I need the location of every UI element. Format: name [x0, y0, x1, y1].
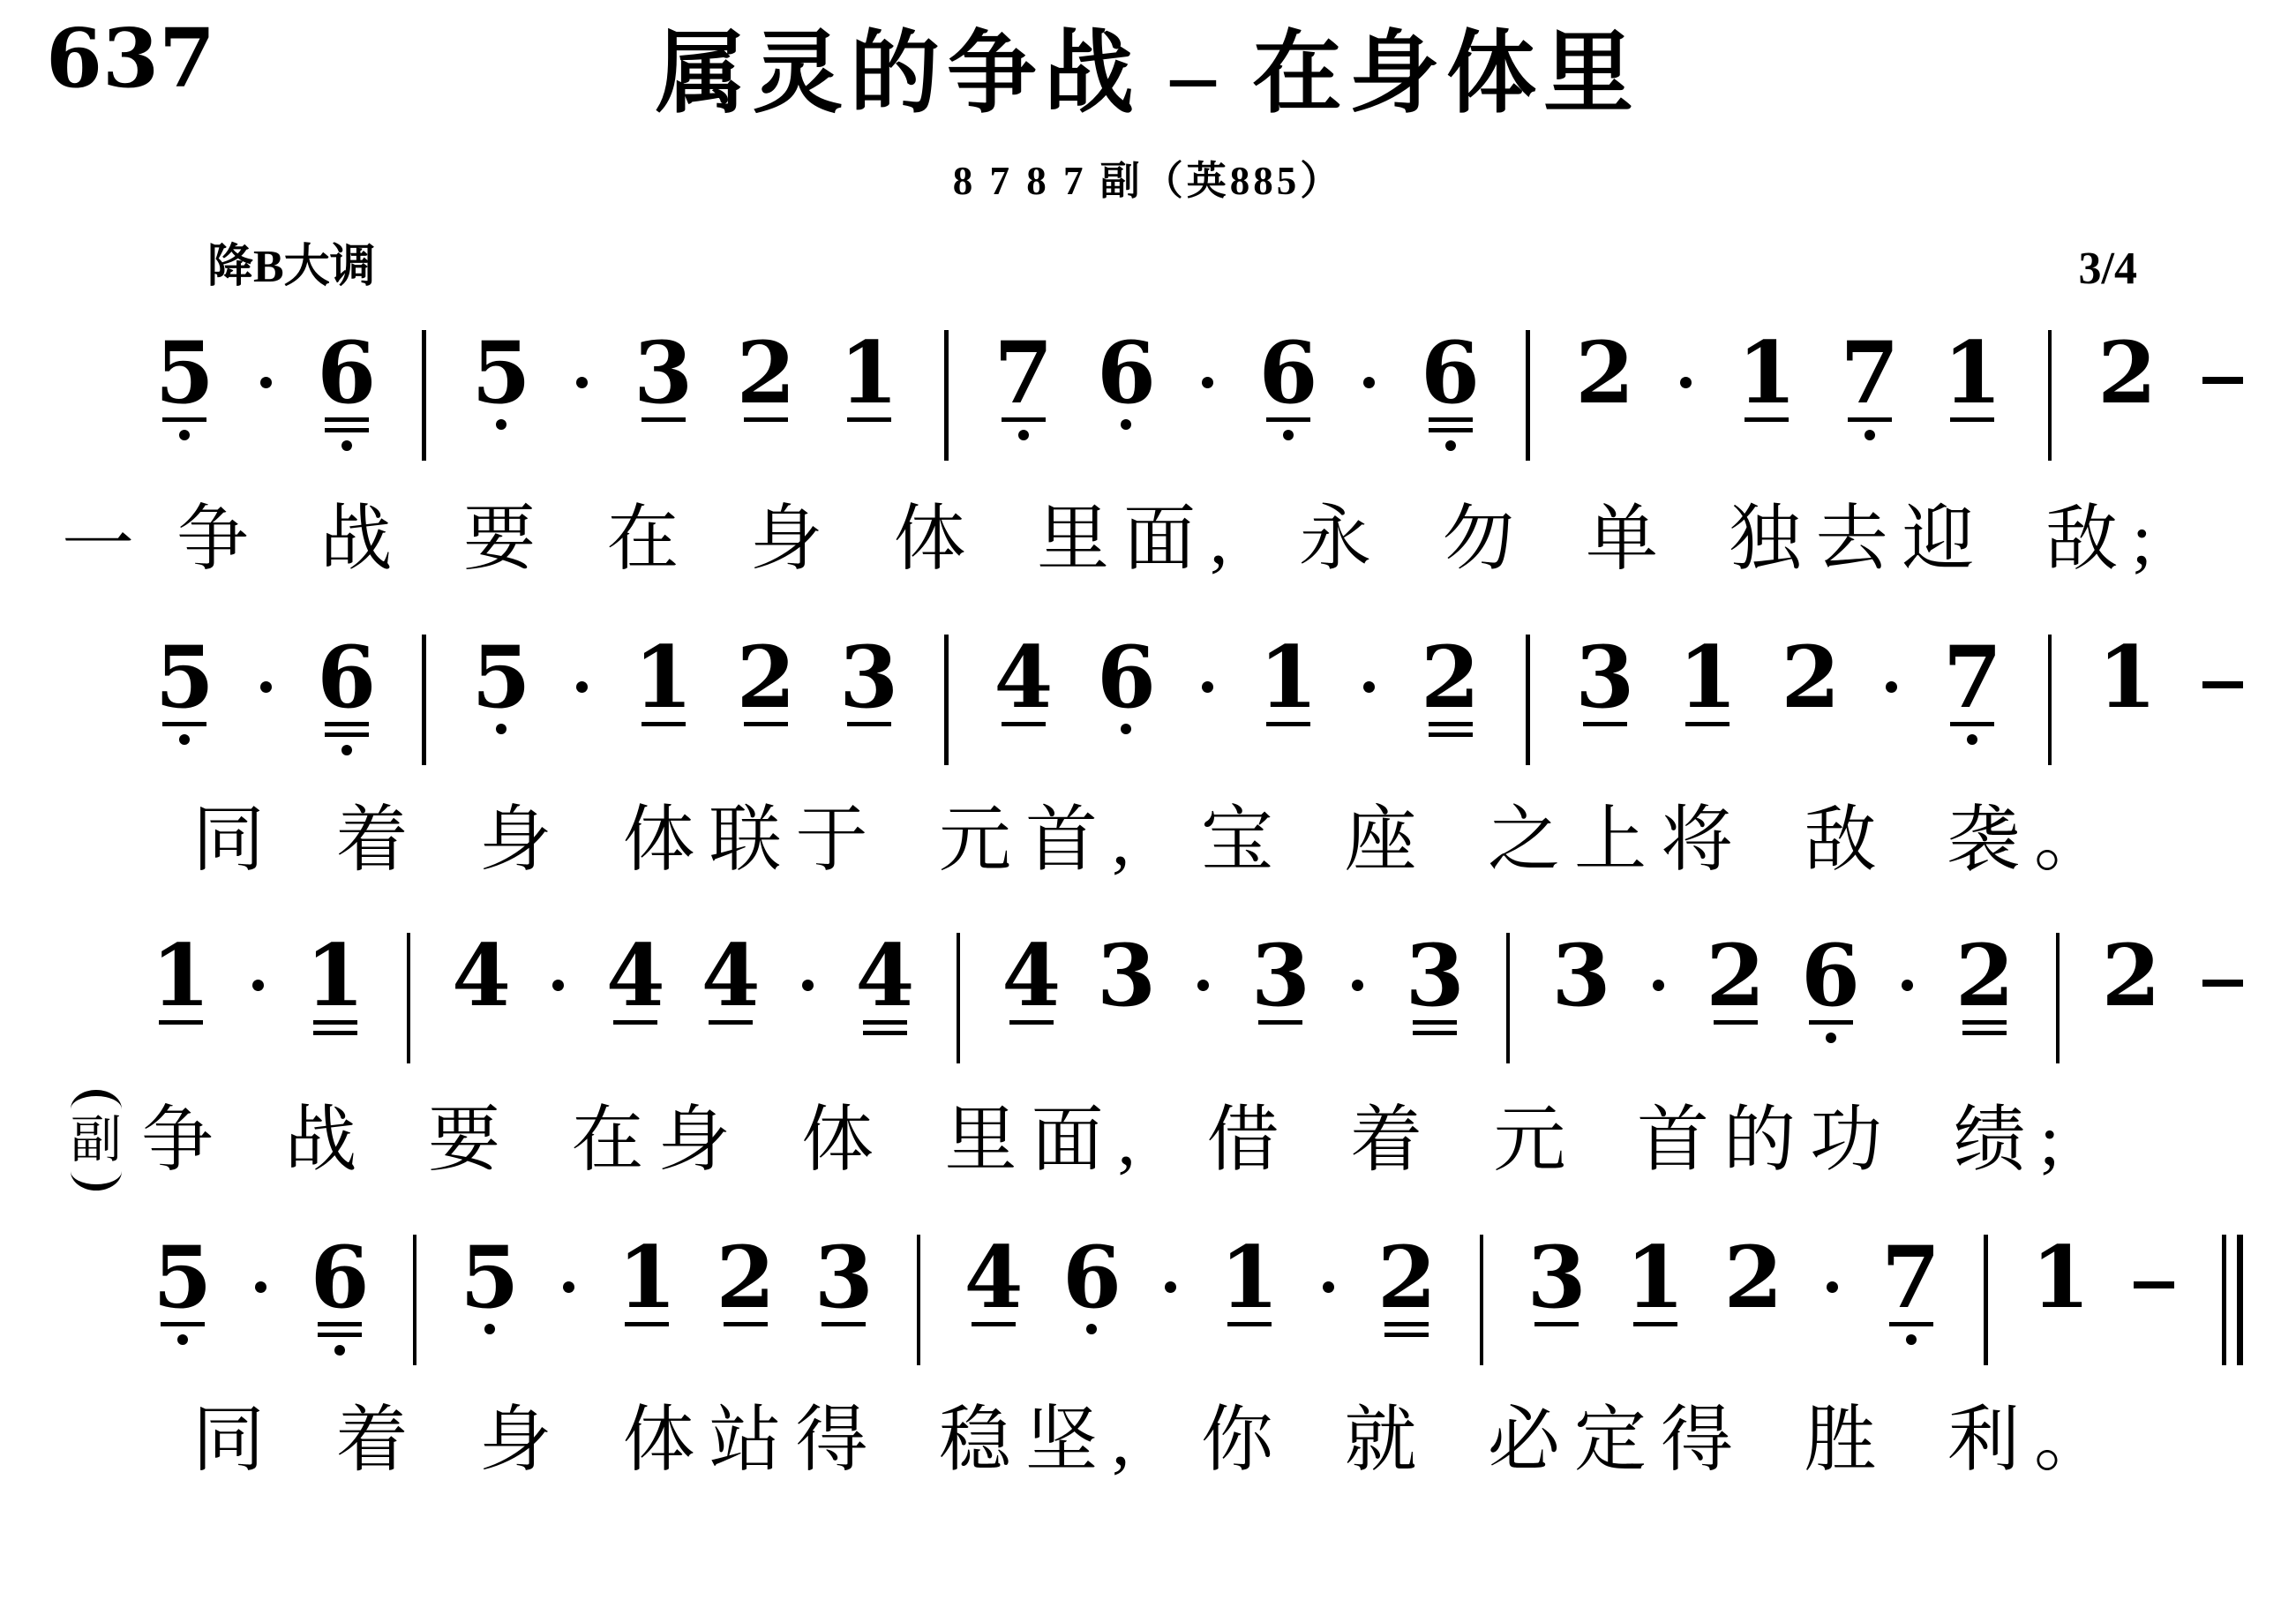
- note-digit: 4: [994, 640, 1054, 716]
- note: 3: [841, 640, 897, 726]
- underline: [1962, 1020, 2007, 1025]
- duration-underlines: [159, 1014, 203, 1025]
- barline: [422, 635, 426, 765]
- augmentation-dot: [260, 335, 272, 411]
- octave-dots: [1121, 716, 1131, 734]
- final-bar-thin: [2222, 1235, 2226, 1365]
- key-signature: 降B大调: [207, 229, 376, 295]
- underline: [972, 1322, 1016, 1326]
- note-digit: 1: [305, 938, 364, 1014]
- duration-underlines: [863, 1014, 907, 1035]
- note-digit: 3: [1097, 938, 1156, 1014]
- note: 1: [1680, 640, 1736, 726]
- dash: [2202, 980, 2243, 987]
- note-digit: 1: [634, 640, 693, 716]
- note-digit: 5: [155, 335, 214, 411]
- underline: [1258, 1020, 1302, 1025]
- augmentation-dot: [1363, 335, 1375, 411]
- underline: [1266, 722, 1310, 726]
- augmentation-dot: [1886, 640, 1897, 716]
- note-digit: 5: [472, 640, 531, 716]
- note-digit: 4: [1002, 938, 1061, 1014]
- duration-underlines: [162, 716, 206, 726]
- augmentation-dot: [552, 938, 564, 1014]
- low-octave-dot: [341, 440, 352, 451]
- octave-dots: [177, 1326, 188, 1345]
- octave-dots: [1018, 422, 1029, 440]
- note: 4: [1008, 938, 1055, 1025]
- duration-underlines: [822, 1316, 866, 1326]
- underline: [313, 1020, 357, 1025]
- underline: [1009, 1020, 1054, 1025]
- dot: [563, 1281, 574, 1293]
- dot: [1886, 681, 1897, 693]
- dot: [1165, 1281, 1176, 1293]
- underline: [1714, 1020, 1758, 1025]
- augmentation-dot: [576, 640, 588, 716]
- augmentation-dot: [1197, 938, 1209, 1014]
- paren-bottom: [71, 1171, 122, 1191]
- octave-dots: [1445, 432, 1456, 451]
- dot: [576, 681, 588, 693]
- low-octave-dot: [1865, 430, 1875, 440]
- note: 1: [841, 335, 897, 422]
- dot: [1902, 980, 1913, 991]
- augmentation-dot: [1363, 640, 1375, 716]
- note-digit: 6: [1097, 335, 1156, 411]
- note: 7: [1945, 640, 2000, 745]
- note: 3: [1257, 938, 1304, 1025]
- final-bar-thick: [2237, 1235, 2243, 1365]
- augmentation-dot: [260, 640, 272, 716]
- note: 1: [622, 1240, 672, 1326]
- note-digit: 1: [1943, 335, 2002, 411]
- note: 7: [996, 335, 1052, 440]
- duration-underlines: [1429, 716, 1473, 737]
- duration-underlines: [847, 411, 891, 422]
- underline: [744, 722, 788, 726]
- note: 1: [2099, 640, 2155, 716]
- dot: [1323, 1281, 1334, 1293]
- note-digit: 6: [317, 335, 376, 411]
- octave-dots: [179, 726, 190, 745]
- octave-dots: [1967, 726, 1977, 745]
- duration-underlines: [1950, 716, 1994, 726]
- underline: [1583, 722, 1627, 726]
- augmentation-dot: [255, 1240, 266, 1316]
- note-digit: 1: [2031, 1240, 2090, 1316]
- underline: [847, 722, 891, 726]
- underline: [724, 1322, 768, 1326]
- duration-underlines: [1266, 716, 1310, 726]
- note: 5: [464, 1240, 514, 1334]
- dot: [1680, 377, 1692, 388]
- augmentation-dot: [1352, 938, 1363, 1014]
- augmentation-dot: [563, 1240, 574, 1316]
- duration-underlines: [744, 716, 788, 726]
- duration-underlines: [709, 1014, 753, 1025]
- dot: [260, 377, 272, 388]
- note: 1: [311, 938, 359, 1035]
- low-octave-dot: [179, 734, 190, 745]
- notation-line: 114444433332622: [157, 938, 2243, 1079]
- note-digit: 2: [737, 335, 796, 411]
- score-line: 565321766621712一争 战 要 在 身 体 里面, 永 勿 单 独去…: [53, 335, 2243, 590]
- low-octave-dot: [1906, 1334, 1917, 1345]
- time-signature: 3/4: [2079, 243, 2137, 295]
- underline: [1685, 722, 1730, 726]
- note: 1: [1261, 640, 1317, 726]
- lyrics-text: 争 战 要 在身 体 里面, 借 着 元 首的功 绩;: [141, 1092, 2074, 1189]
- note: 1: [1739, 335, 1795, 422]
- note-digit: 2: [1421, 640, 1480, 716]
- dash: [2202, 377, 2243, 384]
- note: 1: [1945, 335, 2000, 422]
- note: 6: [1422, 335, 1478, 451]
- underline: [642, 722, 686, 726]
- paren-top: [71, 1090, 122, 1109]
- low-octave-dot: [1445, 440, 1456, 451]
- note: 5: [474, 335, 529, 430]
- lyrics-line: 同 着 身 体联于 元首, 宝 座 之上将 敌 袭。: [62, 792, 2243, 889]
- barline: [1984, 1235, 1987, 1365]
- underline: [744, 417, 788, 422]
- note-digit: 1: [152, 938, 211, 1014]
- octave-dots: [496, 716, 506, 734]
- note-digit: 3: [814, 1240, 874, 1316]
- note: 2: [1728, 1240, 1778, 1316]
- underline: [1745, 417, 1789, 422]
- note-digit: 4: [702, 938, 761, 1014]
- note-digit: 6: [1801, 938, 1860, 1014]
- octave-dots: [484, 1316, 495, 1334]
- note-digit: 7: [1841, 335, 1900, 411]
- underline: [847, 417, 891, 422]
- duration-underlines: [1633, 1316, 1677, 1326]
- note-digit: 7: [1881, 1240, 1940, 1316]
- note-digit: 4: [964, 1240, 1024, 1316]
- note: 5: [157, 1240, 207, 1345]
- low-octave-dot: [179, 430, 190, 440]
- notation-line: 565123461231271: [157, 1240, 2243, 1381]
- note: 1: [2036, 1240, 2086, 1316]
- underline: [1429, 417, 1473, 422]
- note-digit: 4: [452, 938, 511, 1014]
- octave-dots: [1086, 1316, 1097, 1334]
- octave-dots: [334, 1337, 345, 1356]
- duration-underlines: [1429, 411, 1473, 432]
- underline: [318, 1322, 362, 1326]
- note-digit: 2: [1782, 640, 1841, 716]
- note-digit: 1: [1625, 1240, 1684, 1316]
- chorus-marker: 副: [71, 1090, 122, 1191]
- low-octave-dot: [496, 724, 506, 734]
- note-digit: 5: [155, 640, 214, 716]
- hymn-number: 637: [46, 14, 215, 102]
- note: 4: [612, 938, 659, 1025]
- underline: [325, 722, 369, 726]
- low-octave-dot: [1018, 430, 1029, 440]
- duration-underlines: [613, 1014, 657, 1025]
- underline: [159, 1020, 203, 1025]
- augmentation-dot: [1653, 938, 1664, 1014]
- underline: [1633, 1322, 1677, 1326]
- underline: [1962, 1031, 2007, 1035]
- low-octave-dot: [1967, 734, 1977, 745]
- final-barline: [2222, 1235, 2243, 1365]
- note: 3: [819, 1240, 869, 1326]
- note: 1: [635, 640, 691, 726]
- underline: [1950, 417, 1994, 422]
- key-row: 降B大调 3/4: [207, 229, 2137, 295]
- note: 6: [1067, 1240, 1117, 1334]
- low-octave-dot: [1283, 430, 1294, 440]
- lyrics-line: 副争 战 要 在身 体 里面, 借 着 元 首的功 绩;: [62, 1090, 2243, 1191]
- octave-dots: [1826, 1025, 1836, 1043]
- dot: [1653, 980, 1664, 991]
- note-digit: 2: [1724, 1240, 1783, 1316]
- duration-underlines: [1002, 411, 1046, 422]
- note-digit: 3: [839, 640, 898, 716]
- octave-dots: [496, 411, 506, 430]
- dot: [260, 681, 272, 693]
- note: 4: [861, 938, 909, 1035]
- barline: [957, 933, 960, 1063]
- augmentation-dot: [576, 335, 588, 411]
- octave-dots: [1283, 422, 1294, 440]
- duration-underlines: [642, 716, 686, 726]
- note-digit: 1: [1678, 640, 1737, 716]
- note-digit: 1: [1737, 335, 1797, 411]
- note: 2: [1422, 640, 1478, 737]
- octave-dots: [341, 737, 352, 755]
- dot: [552, 980, 564, 991]
- duration-underlines: [1002, 716, 1046, 726]
- augmentation-dot: [1680, 335, 1692, 411]
- underline: [313, 1031, 357, 1035]
- duration-underlines: [325, 411, 369, 432]
- note-digit: 4: [856, 938, 915, 1014]
- lyrics-text: 同 着 身 体联于 元首, 宝 座 之上将 敌 袭。: [192, 792, 2120, 889]
- underline: [1384, 1322, 1429, 1326]
- underline: [1429, 722, 1473, 726]
- low-octave-dot: [1121, 724, 1131, 734]
- duration-underlines: [1534, 1316, 1579, 1326]
- note-digit: 3: [634, 335, 693, 411]
- octave-dots: [1121, 411, 1131, 430]
- duration-underlines: [1745, 411, 1789, 422]
- note: 7: [1886, 1240, 1936, 1345]
- note: 5: [157, 335, 213, 440]
- note-digit: 5: [153, 1240, 212, 1316]
- barline: [1526, 330, 1530, 461]
- duration-underlines: [161, 1316, 205, 1326]
- note-digit: 5: [461, 1240, 520, 1316]
- octave-dots: [341, 432, 352, 451]
- underline: [822, 1322, 866, 1326]
- barline: [1480, 1235, 1483, 1365]
- duration-underlines: [1266, 411, 1310, 422]
- note: 4: [996, 640, 1052, 726]
- note: 1: [1630, 1240, 1680, 1326]
- note-digit: 1: [839, 335, 898, 411]
- note: 2: [720, 1240, 770, 1326]
- duration-underlines: [1848, 411, 1892, 422]
- underline: [1227, 1322, 1272, 1326]
- duration-underlines: [1962, 1014, 2007, 1035]
- note: 5: [157, 640, 213, 745]
- hymn-sheet-page: 637 属灵的争战 – 在身体里 8 7 8 7 副（英885） 降B大调 3/…: [0, 0, 2296, 1615]
- note-digit: 4: [606, 938, 665, 1014]
- note: 3: [1411, 938, 1459, 1035]
- note-digit: 1: [618, 1240, 677, 1316]
- augmentation-dot: [1827, 1240, 1838, 1316]
- note-digit: 2: [2097, 335, 2157, 411]
- barline: [2048, 635, 2052, 765]
- note: 6: [314, 1240, 364, 1356]
- barline: [422, 330, 426, 461]
- lyrics-text: 同 着 身 体站得 稳坚, 你 就 必定得 胜 利。: [192, 1392, 2120, 1489]
- low-octave-dot: [177, 1334, 188, 1345]
- duration-underlines: [162, 411, 206, 422]
- note: 5: [474, 640, 529, 734]
- note: 2: [1783, 640, 1839, 716]
- barline: [1506, 933, 1510, 1063]
- duration-underlines: [1384, 1316, 1429, 1337]
- note: 3: [1531, 1240, 1581, 1326]
- note: 2: [2099, 335, 2155, 411]
- augmentation-dot: [1902, 938, 1913, 1014]
- note: 7: [1842, 335, 1898, 440]
- duration-underlines: [1685, 716, 1730, 726]
- note-digit: 5: [472, 335, 531, 411]
- octave-dots: [179, 422, 190, 440]
- duration-underlines: [847, 716, 891, 726]
- note: 3: [1557, 938, 1605, 1014]
- score-line: 565123461231271同 着 身 体联于 元首, 宝 座 之上将 敌 袭…: [53, 640, 2243, 889]
- underline: [1384, 1333, 1429, 1337]
- underline: [863, 1020, 907, 1025]
- low-octave-dot: [1086, 1324, 1097, 1334]
- dot: [255, 1281, 266, 1293]
- barline: [2048, 330, 2052, 461]
- note: 2: [1961, 938, 2008, 1035]
- augmentation-dot: [802, 938, 814, 1014]
- note: 3: [635, 335, 691, 422]
- octave-dots: [1865, 422, 1875, 440]
- note-digit: 3: [1527, 1240, 1587, 1316]
- duration-underlines: [972, 1316, 1016, 1326]
- duration-underlines: [625, 1316, 669, 1326]
- half-note-dash: [2134, 1240, 2174, 1316]
- note-digit: 1: [2097, 640, 2157, 716]
- low-octave-dot: [1826, 1033, 1836, 1043]
- dot: [1363, 681, 1375, 693]
- duration-underlines: [724, 1316, 768, 1326]
- note: 4: [707, 938, 754, 1025]
- meter-line: 8 7 8 7 副（英885）: [53, 148, 2243, 206]
- duration-underlines: [1258, 1014, 1302, 1025]
- note-digit: 6: [1259, 335, 1318, 411]
- barline: [1526, 635, 1530, 765]
- note-digit: 6: [1062, 1240, 1122, 1316]
- duration-underlines: [1809, 1014, 1853, 1025]
- low-octave-dot: [484, 1324, 495, 1334]
- note-digit: 6: [1097, 640, 1156, 716]
- note-digit: 2: [1575, 335, 1634, 411]
- dot: [1202, 681, 1213, 693]
- note-digit: 2: [1706, 938, 1765, 1014]
- underline: [1413, 1020, 1457, 1025]
- augmentation-dot: [1202, 640, 1213, 716]
- note: 6: [1261, 335, 1317, 440]
- octave-dots: [1906, 1326, 1917, 1345]
- note: 2: [1382, 1240, 1432, 1337]
- underline: [1002, 722, 1046, 726]
- augmentation-dot: [1165, 1240, 1176, 1316]
- note-digit: 2: [716, 1240, 775, 1316]
- low-octave-dot: [341, 745, 352, 755]
- barline: [944, 635, 949, 765]
- score-line: 565123461231271同 着 身 体站得 稳坚, 你 就 必定得 胜 利…: [53, 1240, 2243, 1489]
- note-digit: 3: [1251, 938, 1310, 1014]
- underline: [613, 1020, 657, 1025]
- duration-underlines: [318, 1316, 362, 1337]
- underline: [625, 1322, 669, 1326]
- dot: [576, 377, 588, 388]
- barline: [2056, 933, 2060, 1063]
- notation-line: 565321766621712: [157, 335, 2243, 477]
- note: 6: [319, 335, 375, 451]
- page-title: 属灵的争战 – 在身体里: [53, 23, 2243, 127]
- duration-underlines: [1227, 1316, 1272, 1326]
- dot: [1202, 377, 1213, 388]
- duration-underlines: [1714, 1014, 1758, 1025]
- note-digit: 6: [311, 1240, 370, 1316]
- barline: [413, 1235, 416, 1365]
- score-line: 114444433332622副争 战 要 在身 体 里面, 借 着 元 首的功…: [53, 938, 2243, 1191]
- low-octave-dot: [1121, 419, 1131, 430]
- note: 6: [1099, 640, 1154, 734]
- augmentation-dot: [252, 938, 264, 1014]
- half-note-dash: [2202, 938, 2243, 1014]
- note-digit: 3: [1575, 640, 1634, 716]
- dot: [802, 980, 814, 991]
- half-note-dash: [2202, 335, 2243, 411]
- note: 4: [458, 938, 506, 1014]
- augmentation-dot: [1323, 1240, 1334, 1316]
- note-digit: 7: [994, 335, 1054, 411]
- note-digit: 2: [737, 640, 796, 716]
- note-digit: 2: [1377, 1240, 1437, 1316]
- note: 3: [1103, 938, 1151, 1014]
- duration-underlines: [1413, 1014, 1457, 1035]
- note: 6: [319, 640, 375, 755]
- notation-line: 565123461231271: [157, 640, 2243, 781]
- note-digit: 3: [1552, 938, 1611, 1014]
- barline: [917, 1235, 920, 1365]
- note: 2: [1712, 938, 1760, 1025]
- duration-underlines: [744, 411, 788, 422]
- note-digit: 1: [1259, 640, 1318, 716]
- duration-underlines: [642, 411, 686, 422]
- low-octave-dot: [496, 419, 506, 430]
- note-digit: 7: [1943, 640, 2002, 716]
- underline: [863, 1031, 907, 1035]
- dash: [2134, 1281, 2174, 1288]
- barline: [944, 330, 949, 461]
- note: 6: [1807, 938, 1855, 1043]
